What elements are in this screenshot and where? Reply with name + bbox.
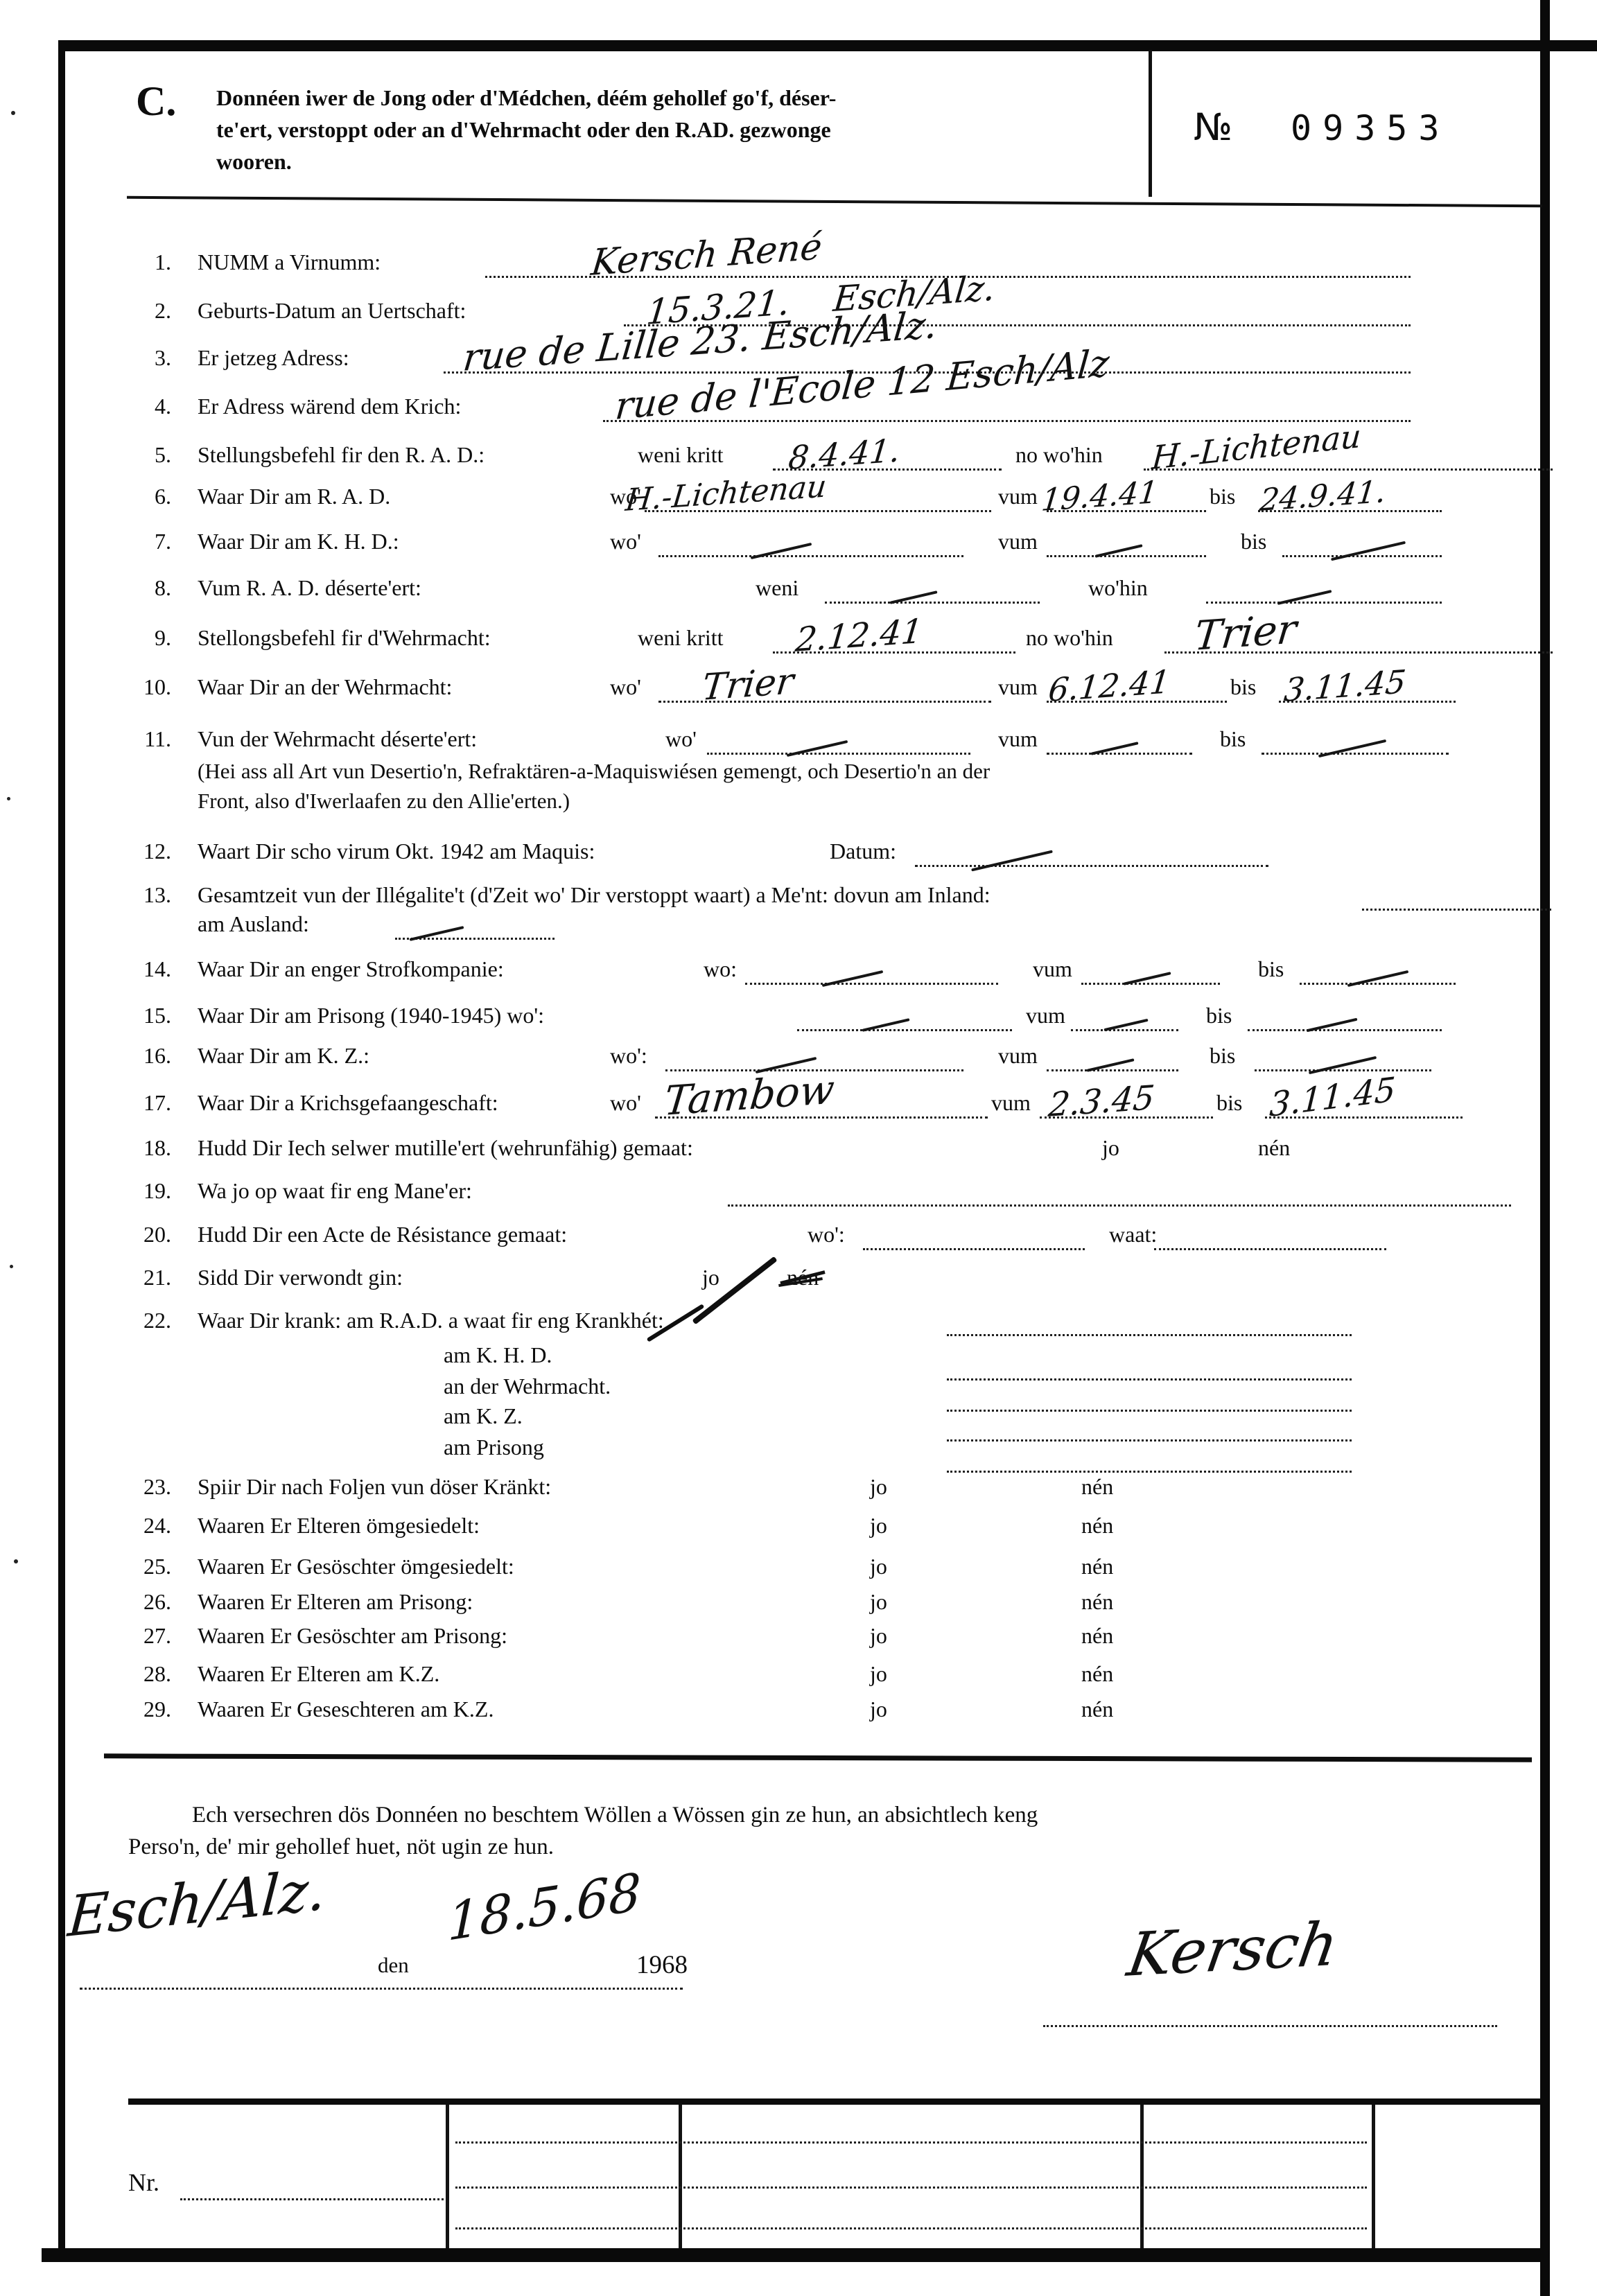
dotted-field: 3.11.45 — [1279, 701, 1456, 703]
item-label: NUMM a Virnumm: — [198, 249, 381, 275]
form-row: 11. Vun der Wehrmacht déserte'ert: wo' v… — [128, 726, 1557, 758]
footer-table-dotted-row — [455, 2227, 1367, 2229]
handwritten-dash-mark — [1103, 1019, 1148, 1032]
item-label: Gesamtzeit vun der Illégalite't (d'Zeit … — [198, 882, 991, 908]
item-label: Wa jo op waat fir eng Mane'er: — [198, 1178, 472, 1204]
option-no: nén — [1081, 1589, 1113, 1615]
field-word: weni kritt — [638, 625, 724, 651]
handwritten-dash-mark — [1090, 742, 1138, 755]
form-row: 6. Waar Dir am R. A. D. wo' H.-Lichtenau… — [128, 484, 1557, 516]
handwritten-place: Trier — [700, 660, 796, 709]
field-word: vum — [998, 484, 1038, 509]
dotted-field: H.-Lichtenau — [645, 510, 991, 512]
field-word: weni kritt — [638, 442, 724, 468]
item-number: 8. — [128, 575, 171, 601]
handwritten-dash-mark — [1123, 972, 1171, 985]
dotted-field — [1154, 1248, 1386, 1250]
scan-border-left — [58, 40, 65, 2258]
form-row: 26. Waaren Er Elteren am Prisong: jo nén — [128, 1589, 1557, 1621]
footer-table-divider — [446, 2105, 449, 2248]
scan-speck — [11, 111, 15, 115]
item-number: 4. — [128, 394, 171, 419]
handwritten-date-to: 3.11.45 — [1268, 1070, 1397, 1125]
field-word: wo': — [610, 1043, 647, 1069]
form-row: 12. Waart Dir scho virum Okt. 1942 am Ma… — [128, 839, 1557, 870]
handwritten-dash-mark — [862, 1018, 909, 1032]
item-label: Spiir Dir nach Foljen vun döser Kränkt: — [198, 1474, 551, 1500]
item-sublabel: am Ausland: — [198, 911, 309, 937]
dotted-field — [1255, 1069, 1431, 1071]
item-label: Sidd Dir verwondt gin: — [198, 1265, 403, 1290]
form-row: 15. Waar Dir am Prisong (1940-1945) wo':… — [128, 1003, 1557, 1035]
form-row: 18. Hudd Dir Iech selwer mutille'ert (we… — [128, 1135, 1557, 1167]
item-label: Waaren Er Elteren am Prisong: — [198, 1589, 473, 1615]
item-sublabel: am K. H. D. — [444, 1342, 552, 1368]
dotted-field: rue de l'Ecole 12 Esch/Alz — [603, 420, 1411, 422]
year-printed: 1968 — [636, 1950, 688, 1980]
item-number: 9. — [128, 625, 171, 651]
item-number: 20. — [128, 1222, 171, 1247]
item-label: Hudd Dir Iech selwer mutille'ert (wehrun… — [198, 1135, 693, 1161]
dotted-field — [658, 555, 963, 557]
dotted-field — [797, 1029, 1012, 1031]
form-row: 14. Waar Dir an enger Strofkompanie: wo:… — [128, 956, 1557, 988]
form-row: 21. Sidd Dir verwondt gin: jo nén — [128, 1265, 1557, 1297]
form-row: 20. Hudd Dir een Acte de Résistance gema… — [128, 1222, 1557, 1254]
item-label: Stellungsbefehl fir den R. A. D.: — [198, 442, 485, 468]
dotted-field — [947, 1439, 1352, 1441]
item-sublabel: an der Wehrmacht. — [444, 1374, 611, 1399]
handwritten-dash-mark — [1308, 1056, 1376, 1074]
option-yes: jo — [870, 1661, 887, 1687]
field-word: wo: — [704, 956, 737, 982]
item-label: Waar Dir an der Wehrmacht: — [198, 674, 452, 700]
nr-dotted-line — [180, 2198, 444, 2200]
option-yes: jo — [870, 1697, 887, 1722]
item-label: Waar Dir an enger Strofkompanie: — [198, 956, 504, 982]
dotted-field — [825, 602, 1040, 604]
footer-table-divider — [1140, 2105, 1144, 2248]
dotted-field: Trier — [1164, 651, 1553, 654]
handwritten-date-from: 19.4.41 — [1040, 475, 1160, 518]
item-label: Waart Dir scho virum Okt. 1942 am Maquis… — [198, 839, 595, 864]
item-number: 7. — [128, 529, 171, 554]
dotted-field: Tambow — [655, 1116, 988, 1119]
item-label: Waaren Er Geseschteren am K.Z. — [198, 1697, 494, 1722]
handwritten-place: Trier — [1192, 605, 1299, 660]
item-label: Waaren Er Gesöschter am Prisong: — [198, 1623, 507, 1649]
item-sublabel: am K. Z. — [444, 1403, 523, 1429]
dotted-field — [728, 1204, 1511, 1207]
dotted-field — [1071, 1029, 1178, 1031]
option-yes: jo — [870, 1513, 887, 1539]
item-sublabel: am Prisong — [444, 1435, 544, 1460]
dotted-field — [1047, 753, 1192, 755]
field-word: waat: — [1109, 1222, 1157, 1247]
handwritten-dash-mark — [410, 926, 464, 941]
dotted-field: 6.12.41 — [1047, 701, 1227, 703]
item-label: Er jetzeg Adress: — [198, 345, 349, 371]
scan-speck — [10, 1265, 13, 1268]
item-number: 27. — [128, 1623, 171, 1649]
intro-line-2: te'ert, verstoppt oder an d'Wehrmacht od… — [216, 114, 1138, 146]
option-yes: jo — [870, 1474, 887, 1500]
dotted-field — [1282, 555, 1442, 557]
dotted-field — [1362, 909, 1551, 911]
form-row: 13. Gesamtzeit vun der Illégalite't (d'Z… — [128, 882, 1557, 914]
handwritten-date-to: 3.11.45 — [1282, 663, 1408, 709]
option-no: nén — [1081, 1697, 1113, 1722]
form-row: 28. Waaren Er Elteren am K.Z. jo nén — [128, 1661, 1557, 1693]
item-number: 18. — [128, 1135, 171, 1161]
scan-border-bottom — [42, 2248, 1550, 2262]
dotted-field — [1206, 602, 1442, 604]
item-number: 22. — [128, 1308, 171, 1333]
dotted-field: H.-Lichtenau — [1144, 468, 1553, 471]
item-number: 13. — [128, 882, 171, 908]
item-number: 2. — [128, 298, 171, 324]
item-number: 19. — [128, 1178, 171, 1204]
item-label: Waar Dir am Prisong (1940-1945) wo': — [198, 1003, 544, 1028]
dotted-field — [863, 1248, 1085, 1250]
handwritten-date-from: 2.3.45 — [1047, 1078, 1156, 1125]
item-label: Stellongsbefehl fir d'Wehrmacht: — [198, 625, 491, 651]
form-row: 10. Waar Dir an der Wehrmacht: wo' Trier… — [128, 674, 1557, 706]
field-word: wo' — [610, 1090, 641, 1116]
option-no: nén — [1081, 1623, 1113, 1649]
form-row: 19. Wa jo op waat fir eng Mane'er: — [128, 1178, 1557, 1210]
field-word: vum — [991, 1090, 1031, 1116]
field-word: bis — [1210, 484, 1235, 509]
item-label: Waaren Er Elteren ömgesiedelt: — [198, 1513, 480, 1539]
item-number: 3. — [128, 345, 171, 371]
dotted-field — [1047, 555, 1206, 557]
item-label: Waar Dir krank: am R.A.D. a waat fir eng… — [198, 1308, 664, 1333]
item-number: 21. — [128, 1265, 171, 1290]
item-number: 14. — [128, 956, 171, 982]
field-word: vum — [1033, 956, 1072, 982]
option-no: nén — [1081, 1554, 1113, 1579]
field-word: bis — [1216, 1090, 1242, 1116]
item-number: 11. — [128, 726, 171, 752]
dotted-field — [915, 865, 1268, 867]
form-row: 7. Waar Dir am K. H. D.: wo' vum bis — [128, 529, 1557, 561]
handwritten-date: 2.12.41 — [794, 612, 925, 660]
option-no: nén — [1081, 1513, 1113, 1539]
form-row: 24. Waaren Er Elteren ömgesiedelt: jo né… — [128, 1513, 1557, 1545]
scan-border-top — [61, 40, 1597, 51]
field-word: wo' — [665, 726, 697, 752]
nr-label: Nr. — [128, 2168, 159, 2197]
field-word: Datum: — [830, 839, 896, 864]
item-number: 1. — [128, 249, 171, 275]
item-label: Waar Dir am R. A. D. — [198, 484, 390, 509]
dotted-field — [395, 938, 555, 940]
handwritten-date: 18.5.68 — [447, 1862, 641, 1953]
handwritten-dash-mark — [1318, 739, 1386, 757]
field-word: weni — [756, 575, 798, 601]
item-number: 5. — [128, 442, 171, 468]
field-word: vum — [998, 529, 1038, 554]
form-row: 22. Waar Dir krank: am R.A.D. a waat fir… — [128, 1308, 1557, 1488]
handwritten-dash-mark — [889, 590, 937, 604]
handwritten-dash-mark — [1094, 544, 1142, 558]
form-row: 1. NUMM a Virnumm: Kersch René — [128, 249, 1557, 281]
dotted-field: 2.3.45 — [1040, 1116, 1213, 1119]
header-divider-line — [1149, 50, 1152, 197]
question-list: 1. NUMM a Virnumm: Kersch René 2. Geburt… — [128, 243, 1557, 1767]
item-label: Waar Dir a Krichsgefaangeschaft: — [198, 1090, 498, 1116]
dotted-field — [1081, 983, 1220, 985]
item-number: 28. — [128, 1661, 171, 1687]
footer-table-top-rule — [128, 2098, 1540, 2105]
date-dotted-line — [80, 1988, 683, 1990]
field-word: bis — [1210, 1043, 1235, 1069]
form-row: am Ausland: — [128, 911, 1557, 943]
form-row: 16. Waar Dir am K. Z.: wo': vum bis — [128, 1043, 1557, 1075]
dotted-field: 24.9.41. — [1258, 510, 1442, 512]
field-word: wo' — [610, 674, 641, 700]
dotted-field — [947, 1410, 1352, 1412]
handwritten-place-date: Esch/Alz. — [66, 1857, 328, 1949]
handwritten-dash-mark — [1307, 1018, 1358, 1033]
field-word: vum — [1026, 1003, 1065, 1028]
declaration-paragraph: Ech versechren dös Donnéen no beschtem W… — [128, 1799, 1556, 1863]
item-11-note-line1: (Hei ass all Art vun Desertio'n, Refrakt… — [198, 759, 990, 784]
scan-speck — [14, 1559, 18, 1563]
field-word: wo' — [610, 529, 641, 554]
item-number: 25. — [128, 1554, 171, 1579]
dotted-field — [1300, 983, 1456, 985]
handwritten-name: Kersch René — [589, 226, 824, 284]
field-word: wo'hin — [1088, 575, 1148, 601]
item-label: Waaren Er Gesöschter ömgesiedelt: — [198, 1554, 514, 1579]
form-row: 23. Spiir Dir nach Foljen vun döser Krän… — [128, 1474, 1557, 1506]
field-word: no wo'hin — [1015, 442, 1103, 468]
dotted-field — [947, 1378, 1352, 1381]
field-word: bis — [1220, 726, 1246, 752]
item-number: 10. — [128, 674, 171, 700]
handwritten-dash-mark — [971, 850, 1053, 872]
dotted-field: 2.12.41 — [773, 651, 1015, 654]
item-label: Waar Dir am K. Z.: — [198, 1043, 369, 1069]
dotted-field: 3.11.45 — [1265, 1116, 1463, 1119]
option-no: nén — [1081, 1661, 1113, 1687]
intro-line-3: wooren. — [216, 146, 1138, 177]
handwritten-date-from: 6.12.41 — [1047, 663, 1172, 709]
option-no: nén — [1081, 1474, 1113, 1500]
field-word: vum — [998, 726, 1038, 752]
dotted-field — [947, 1334, 1352, 1336]
field-word: bis — [1206, 1003, 1232, 1028]
option-yes: jo — [702, 1265, 719, 1290]
footer-table-dotted-row — [455, 2141, 1367, 2144]
dotted-field — [707, 753, 970, 755]
handwritten-dash-mark — [1277, 590, 1332, 605]
form-row: 17. Waar Dir a Krichsgefaangeschaft: wo'… — [128, 1090, 1557, 1122]
scan-speck — [7, 797, 10, 800]
handwritten-date-to: 24.9.41. — [1258, 474, 1388, 518]
item-number: 24. — [128, 1513, 171, 1539]
dotted-field — [1248, 1029, 1442, 1031]
field-word: bis — [1241, 529, 1266, 554]
handwritten-dash-mark — [1331, 541, 1406, 561]
section-letter: C. — [136, 78, 176, 125]
declaration-line-2: Perso'n, de' mir gehollef huet, nöt ugin… — [128, 1831, 1556, 1863]
handwritten-dash-mark — [1086, 1058, 1134, 1072]
item-number: 23. — [128, 1474, 171, 1500]
item-label: Vun der Wehrmacht déserte'ert: — [198, 726, 477, 752]
handwritten-dash-mark — [821, 970, 883, 987]
form-row: 25. Waaren Er Gesöschter ömgesiedelt: jo… — [128, 1554, 1557, 1586]
dotted-field: Trier — [658, 701, 991, 703]
option-no: nén — [1258, 1135, 1290, 1161]
item-number: 29. — [128, 1697, 171, 1722]
item-label: Er Adress wärend dem Krich: — [198, 394, 461, 419]
field-word: vum — [998, 1043, 1038, 1069]
handwritten-place: H.-Lichtenau — [624, 468, 828, 518]
intro-line-1: Donnéen iwer de Jong oder d'Médchen, déé… — [216, 82, 1138, 114]
item-number: 12. — [128, 839, 171, 864]
field-word: no wo'hin — [1026, 625, 1113, 651]
form-row: 8. Vum R. A. D. déserte'ert: weni wo'hin — [128, 575, 1557, 607]
form-row: 27. Waaren Er Gesöschter am Prisong: jo … — [128, 1623, 1557, 1655]
scanned-form-page: C. Donnéen iwer de Jong oder d'Médchen, … — [0, 0, 1597, 2296]
form-serial-number: 09353 — [1291, 108, 1451, 148]
numero-symbol: № — [1194, 105, 1232, 149]
footer-table-divider — [679, 2105, 682, 2248]
signature-dotted-line — [1043, 2025, 1497, 2027]
item-number: 15. — [128, 1003, 171, 1028]
dotted-field — [1262, 753, 1449, 755]
item-number: 17. — [128, 1090, 171, 1116]
item-label: Geburts-Datum an Uertschaft: — [198, 298, 466, 324]
handwritten-dash-mark — [787, 740, 848, 757]
form-row: 9. Stellongsbefehl fir d'Wehrmacht: weni… — [128, 625, 1557, 657]
dotted-field: 19.4.41 — [1047, 510, 1206, 512]
dotted-field — [1047, 1069, 1178, 1071]
item-label: Vum R. A. D. déserte'ert: — [198, 575, 421, 601]
form-row: 29. Waaren Er Geseschteren am K.Z. jo né… — [128, 1697, 1557, 1728]
declaration-line-1: Ech versechren dös Donnéen no beschtem W… — [128, 1799, 1556, 1831]
option-yes: jo — [870, 1589, 887, 1615]
option-yes: jo — [870, 1623, 887, 1649]
field-word: vum — [998, 674, 1038, 700]
handwritten-signature: Kersch — [1123, 1909, 1343, 1990]
dotted-field — [745, 983, 998, 985]
option-no-crossed-out: nén — [787, 1265, 819, 1290]
footer-table-divider — [1372, 2105, 1375, 2248]
den-label: den — [378, 1953, 409, 1978]
field-word: bis — [1258, 956, 1284, 982]
handwritten-dash-mark — [751, 543, 812, 559]
dotted-field — [947, 1471, 1352, 1473]
field-word: bis — [1230, 674, 1256, 700]
handwritten-dash-mark — [1347, 970, 1408, 987]
field-word: wo': — [808, 1222, 845, 1247]
item-label: Waaren Er Elteren am K.Z. — [198, 1661, 439, 1687]
option-yes: jo — [870, 1554, 887, 1579]
item-label: Waar Dir am K. H. D.: — [198, 529, 399, 554]
item-number: 26. — [128, 1589, 171, 1615]
footer-table-dotted-row — [455, 2187, 1367, 2189]
item-number: 6. — [128, 484, 171, 509]
item-11-note-line2: Front, also d'Iwerlaafen zu den Allie'er… — [198, 789, 570, 814]
option-yes: jo — [1102, 1135, 1119, 1161]
header-rule — [127, 196, 1542, 207]
item-label: Hudd Dir een Acte de Résistance gemaat: — [198, 1222, 567, 1247]
form-row: 5. Stellungsbefehl fir den R. A. D.: wen… — [128, 442, 1557, 474]
item-number: 16. — [128, 1043, 171, 1069]
handwritten-place: H.-Lichtenau — [1151, 417, 1362, 477]
form-intro-text: Donnéen iwer de Jong oder d'Médchen, déé… — [216, 82, 1138, 177]
